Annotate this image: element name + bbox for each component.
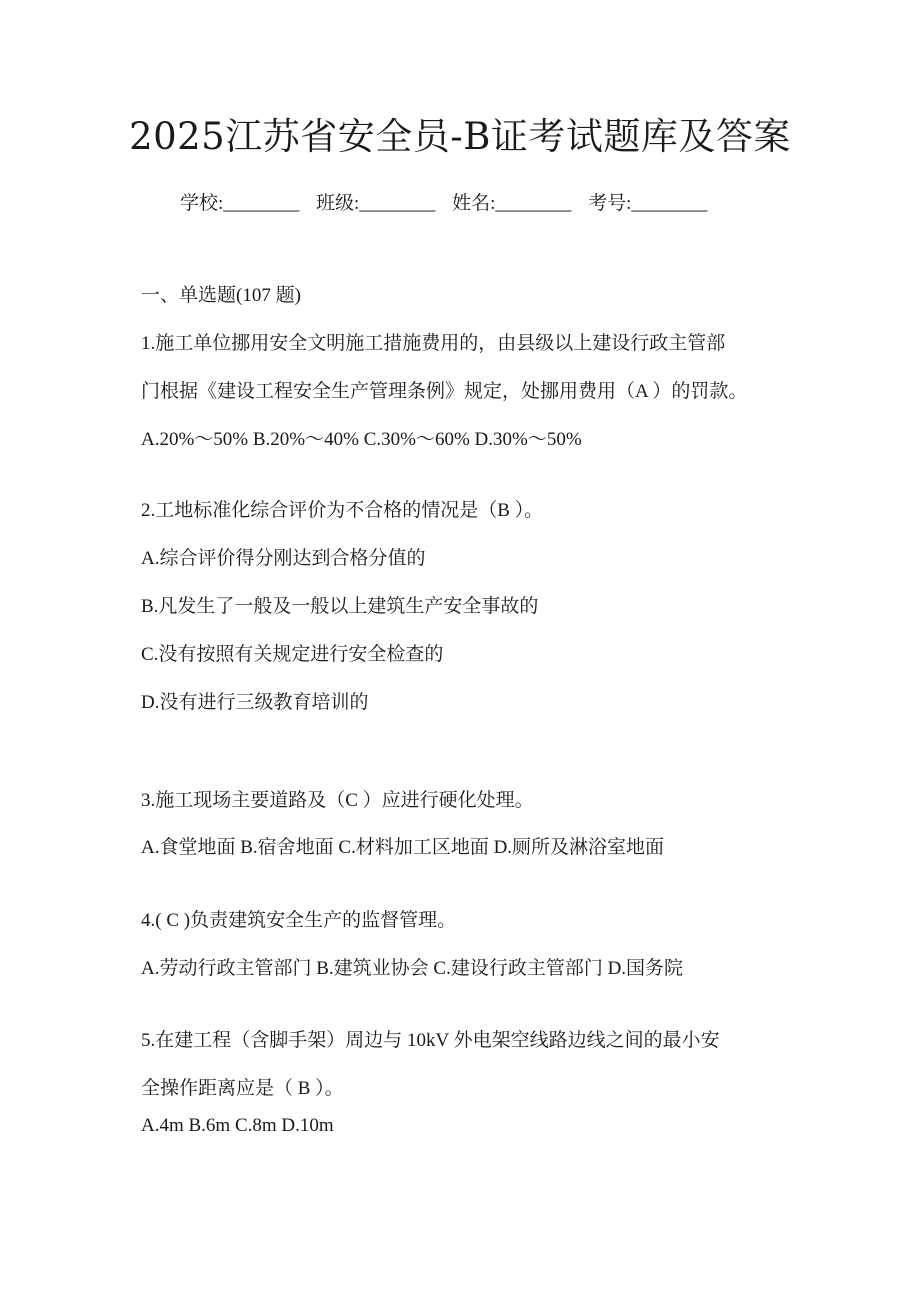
- exam-number-label: 考号:: [588, 193, 631, 214]
- question-5-stem-line-2: 全操作距离应是（ B ）。: [141, 1075, 344, 1103]
- question-4-stem: 4.( C )负责建筑安全生产的监督管理。: [141, 907, 456, 935]
- question-3-options: A.食堂地面 B.宿舍地面 C.材料加工区地面 D.厕所及淋浴室地面: [141, 834, 664, 862]
- question-2-option-b: B.凡发生了一般及一般以上建筑生产安全事故的: [141, 593, 538, 621]
- question-1-options: A.20%～50% B.20%～40% C.30%～60% D.30%～50%: [141, 426, 582, 454]
- name-blank: ________: [495, 193, 571, 214]
- school-field: 学校:________: [180, 190, 299, 218]
- school-label: 学校:: [180, 193, 223, 214]
- document-title: 2025江苏省安全员-B证考试题库及答案: [0, 112, 920, 162]
- question-2-stem: 2.工地标准化综合评价为不合格的情况是（B ）。: [141, 497, 543, 525]
- class-field: 班级:________: [316, 190, 435, 218]
- question-1-stem-line-1: 1.施工单位挪用安全文明施工措施费用的，由县级以上建设行政主管部: [141, 330, 725, 358]
- question-2-option-a: A.综合评价得分刚达到合格分值的: [141, 545, 425, 573]
- question-5-stem-line-1: 5.在建工程（含脚手架）周边与 10kV 外电架空线路边线之间的最小安: [141, 1027, 720, 1055]
- section-heading: 一、单选题(107 题): [141, 282, 301, 310]
- question-3-stem: 3.施工现场主要道路及（C ）应进行硬化处理。: [141, 787, 534, 815]
- class-label: 班级:: [316, 193, 359, 214]
- class-blank: ________: [359, 193, 435, 214]
- question-2-option-d: D.没有进行三级教育培训的: [141, 689, 368, 717]
- question-4-options: A.劳动行政主管部门 B.建筑业协会 C.建设行政主管部门 D.国务院: [141, 955, 683, 983]
- exam-number-blank: ________: [631, 193, 707, 214]
- exam-number-field: 考号:________: [588, 190, 707, 218]
- name-label: 姓名:: [452, 193, 495, 214]
- document-page: 2025江苏省安全员-B证考试题库及答案 学校:________ 班级:____…: [0, 0, 920, 1302]
- school-blank: ________: [223, 193, 299, 214]
- question-2-option-c: C.没有按照有关规定进行安全检查的: [141, 641, 443, 669]
- question-1-stem-line-2: 门根据《建设工程安全生产管理条例》规定，处挪用费用（A ）的罚款。: [141, 378, 747, 406]
- student-info-row: 学校:________ 班级:________ 姓名:________ 考号:_…: [180, 190, 719, 218]
- name-field: 姓名:________: [452, 190, 571, 218]
- question-5-options: A.4m B.6m C.8m D.10m: [141, 1112, 334, 1140]
